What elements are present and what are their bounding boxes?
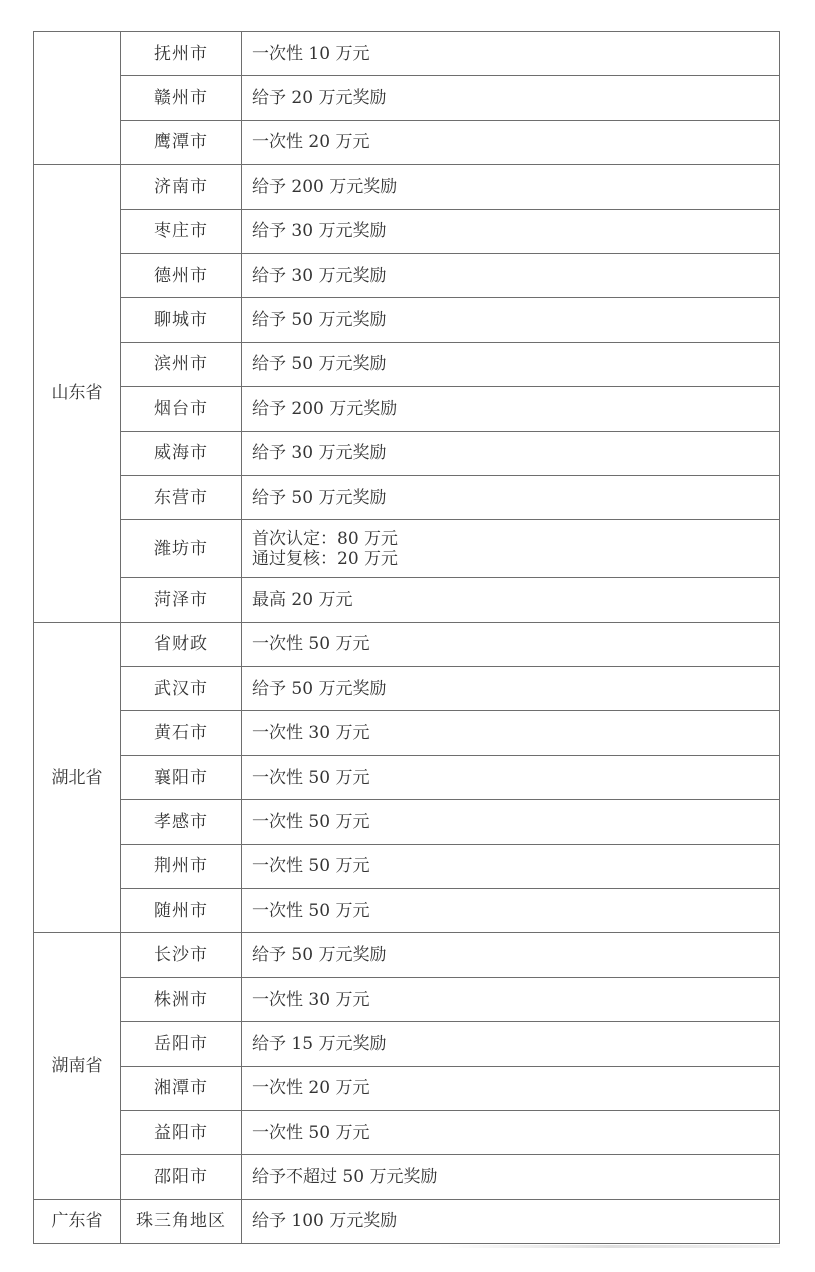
table-row: 黄石市 一次性 30 万元 xyxy=(34,711,780,755)
province-cell: 湖北省 xyxy=(34,622,121,933)
table-row: 邵阳市 给予不超过 50 万元奖励 xyxy=(34,1155,780,1199)
table-row: 德州市 给予 30 万元奖励 xyxy=(34,253,780,297)
policy-cell: 一次性 30 万元 xyxy=(242,977,780,1021)
scan-shadow-decoration xyxy=(440,1245,780,1248)
city-cell: 襄阳市 xyxy=(121,755,242,799)
policy-cell: 首次认定：80 万元 通过复核：20 万元 xyxy=(242,520,780,578)
city-cell: 武汉市 xyxy=(121,667,242,711)
table-row: 广东省 珠三角地区 给予 100 万元奖励 xyxy=(34,1199,780,1243)
policy-cell: 给予 200 万元奖励 xyxy=(242,387,780,431)
table-row: 随州市 一次性 50 万元 xyxy=(34,889,780,933)
table-row: 湖北省 省财政 一次性 50 万元 xyxy=(34,622,780,666)
policy-cell: 给予 20 万元奖励 xyxy=(242,76,780,120)
city-cell: 益阳市 xyxy=(121,1110,242,1154)
table-row: 烟台市 给予 200 万元奖励 xyxy=(34,387,780,431)
table-row: 山东省 济南市 给予 200 万元奖励 xyxy=(34,165,780,209)
policy-cell: 给予 50 万元奖励 xyxy=(242,342,780,386)
policy-cell: 一次性 50 万元 xyxy=(242,844,780,888)
table-row: 武汉市 给予 50 万元奖励 xyxy=(34,667,780,711)
policy-cell: 给予 50 万元奖励 xyxy=(242,933,780,977)
table-row: 抚州市 一次性 10 万元 xyxy=(34,32,780,76)
policy-cell: 给予 30 万元奖励 xyxy=(242,253,780,297)
policy-cell: 给予 50 万元奖励 xyxy=(242,667,780,711)
table-row: 菏泽市 最高 20 万元 xyxy=(34,578,780,622)
table-row: 湖南省 长沙市 给予 50 万元奖励 xyxy=(34,933,780,977)
policy-cell: 给予 15 万元奖励 xyxy=(242,1022,780,1066)
city-cell: 株洲市 xyxy=(121,977,242,1021)
city-cell: 省财政 xyxy=(121,622,242,666)
table-row: 赣州市 给予 20 万元奖励 xyxy=(34,76,780,120)
table-row: 枣庄市 给予 30 万元奖励 xyxy=(34,209,780,253)
policy-cell: 一次性 50 万元 xyxy=(242,800,780,844)
table-row: 湘潭市 一次性 20 万元 xyxy=(34,1066,780,1110)
policy-cell: 一次性 30 万元 xyxy=(242,711,780,755)
policy-cell: 给予 200 万元奖励 xyxy=(242,165,780,209)
province-cell: 湖南省 xyxy=(34,933,121,1199)
table-row: 株洲市 一次性 30 万元 xyxy=(34,977,780,1021)
city-cell: 荆州市 xyxy=(121,844,242,888)
policy-cell: 给予不超过 50 万元奖励 xyxy=(242,1155,780,1199)
policy-cell: 最高 20 万元 xyxy=(242,578,780,622)
table-row: 滨州市 给予 50 万元奖励 xyxy=(34,342,780,386)
city-cell: 东营市 xyxy=(121,475,242,519)
city-cell: 聊城市 xyxy=(121,298,242,342)
table-row: 鹰潭市 一次性 20 万元 xyxy=(34,120,780,164)
policy-cell: 一次性 50 万元 xyxy=(242,755,780,799)
policy-cell: 一次性 10 万元 xyxy=(242,32,780,76)
city-cell: 抚州市 xyxy=(121,32,242,76)
policy-cell: 给予 30 万元奖励 xyxy=(242,431,780,475)
city-cell: 孝感市 xyxy=(121,800,242,844)
policy-cell: 给予 100 万元奖励 xyxy=(242,1199,780,1243)
city-cell: 黄石市 xyxy=(121,711,242,755)
province-cell xyxy=(34,32,121,165)
table-row: 荆州市 一次性 50 万元 xyxy=(34,844,780,888)
city-cell: 邵阳市 xyxy=(121,1155,242,1199)
table-row: 东营市 给予 50 万元奖励 xyxy=(34,475,780,519)
policy-cell: 给予 50 万元奖励 xyxy=(242,475,780,519)
policy-cell: 一次性 50 万元 xyxy=(242,1110,780,1154)
province-cell: 山东省 xyxy=(34,165,121,623)
city-cell: 岳阳市 xyxy=(121,1022,242,1066)
city-cell: 随州市 xyxy=(121,889,242,933)
city-cell: 滨州市 xyxy=(121,342,242,386)
policy-cell: 一次性 50 万元 xyxy=(242,889,780,933)
policy-cell: 一次性 20 万元 xyxy=(242,120,780,164)
table-row: 聊城市 给予 50 万元奖励 xyxy=(34,298,780,342)
city-cell: 珠三角地区 xyxy=(121,1199,242,1243)
table-row: 益阳市 一次性 50 万元 xyxy=(34,1110,780,1154)
table-row: 襄阳市 一次性 50 万元 xyxy=(34,755,780,799)
city-cell: 烟台市 xyxy=(121,387,242,431)
city-cell: 济南市 xyxy=(121,165,242,209)
city-cell: 长沙市 xyxy=(121,933,242,977)
city-cell: 湘潭市 xyxy=(121,1066,242,1110)
city-cell: 菏泽市 xyxy=(121,578,242,622)
city-cell: 威海市 xyxy=(121,431,242,475)
policy-cell: 一次性 20 万元 xyxy=(242,1066,780,1110)
city-cell: 潍坊市 xyxy=(121,520,242,578)
table-row: 潍坊市 首次认定：80 万元 通过复核：20 万元 xyxy=(34,520,780,578)
table-row: 岳阳市 给予 15 万元奖励 xyxy=(34,1022,780,1066)
policy-cell: 给予 50 万元奖励 xyxy=(242,298,780,342)
province-cell: 广东省 xyxy=(34,1199,121,1243)
city-cell: 赣州市 xyxy=(121,76,242,120)
city-cell: 鹰潭市 xyxy=(121,120,242,164)
city-cell: 枣庄市 xyxy=(121,209,242,253)
policy-cell: 一次性 50 万元 xyxy=(242,622,780,666)
table-row: 威海市 给予 30 万元奖励 xyxy=(34,431,780,475)
city-cell: 德州市 xyxy=(121,253,242,297)
table-row: 孝感市 一次性 50 万元 xyxy=(34,800,780,844)
policy-cell: 给予 30 万元奖励 xyxy=(242,209,780,253)
subsidy-table: 抚州市 一次性 10 万元 赣州市 给予 20 万元奖励 鹰潭市 一次性 20 … xyxy=(33,31,780,1244)
